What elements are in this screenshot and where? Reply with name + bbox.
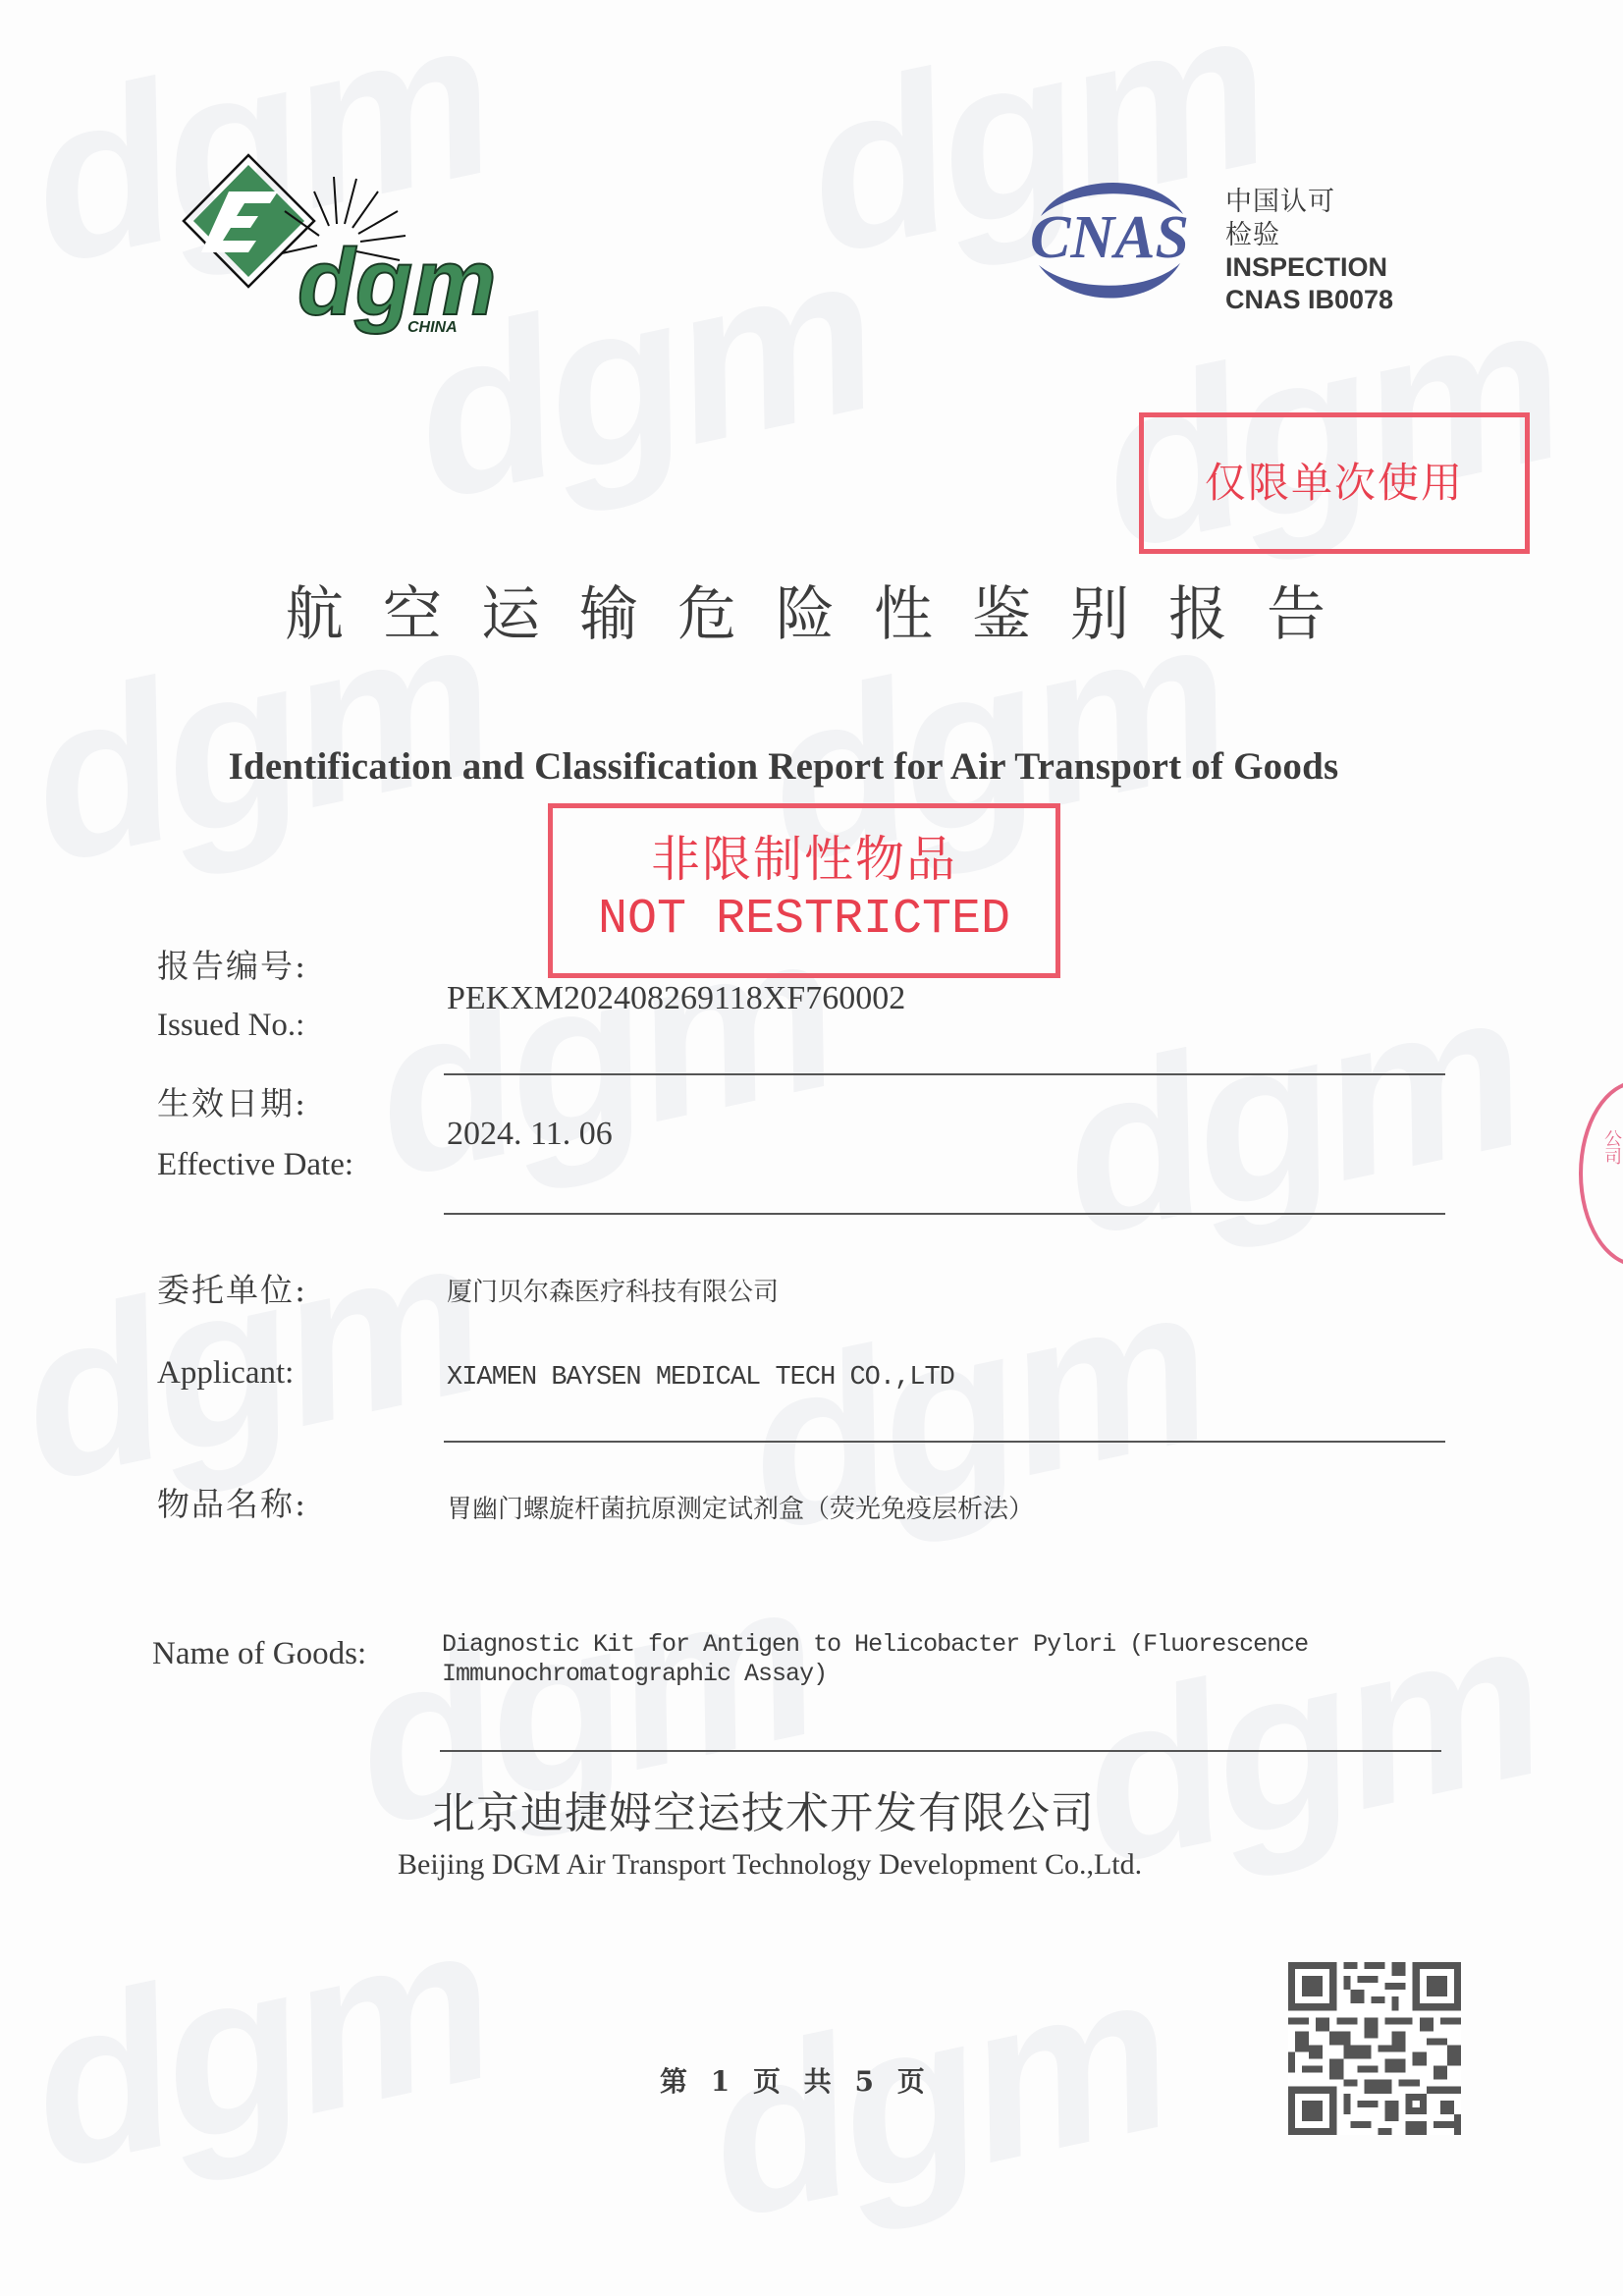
- title-char: 报: [1168, 568, 1227, 652]
- issuer-name-cn: 北京迪捷姆空运技术开发有限公司: [432, 1777, 1095, 1840]
- issued-no-label-en: Issued No.:: [157, 1008, 304, 1044]
- goods-value-cn: 胃幽门螺旋杆菌抗原测定试剂盒（荧光免疫层析法）: [447, 1489, 1034, 1525]
- title-char: 险: [776, 568, 835, 652]
- goods-label-en: Name of Goods:: [152, 1636, 366, 1672]
- applicant-label-cn: 委托单位:: [157, 1265, 307, 1311]
- cnas-line-1: 中国认可: [1225, 185, 1393, 218]
- effective-date-label-cn: 生效日期:: [157, 1078, 307, 1124]
- goods-value-en-line1: Diagnostic Kit for Antigen to Helicobact…: [442, 1630, 1308, 1659]
- cnas-line-3: INSPECTION: [1225, 251, 1393, 284]
- divider: [444, 1073, 1445, 1075]
- not-restricted-en: NOT RESTRICTED: [553, 891, 1055, 950]
- watermark: dgm: [1039, 937, 1542, 1286]
- divider: [440, 1750, 1441, 1752]
- issuer-name-en: Beijing DGM Air Transport Technology Dev…: [398, 1848, 1142, 1882]
- divider: [444, 1213, 1445, 1215]
- title-char: 告: [1267, 568, 1325, 652]
- cnas-line-4: CNAS IB0078: [1225, 284, 1393, 316]
- cnas-line-2: 检验: [1225, 218, 1393, 251]
- report-page: dgm dgm dgm dgm dgm dgm dgm dgm dgm dgm …: [0, 0, 1623, 2296]
- divider: [444, 1441, 1445, 1443]
- svg-text:CNAS: CNAS: [1030, 204, 1189, 271]
- title-char: 空: [383, 568, 442, 652]
- title-char: 性: [874, 568, 933, 652]
- effective-date-label-en: Effective Date:: [157, 1147, 353, 1183]
- cnas-logo: CNAS: [1011, 167, 1208, 314]
- applicant-value-cn: 厦门贝尔森医疗科技有限公司: [447, 1272, 779, 1308]
- qr-code[interactable]: [1288, 1962, 1461, 2135]
- watermark: dgm: [725, 1231, 1227, 1581]
- company-seal: [1579, 1080, 1623, 1267]
- title-char: 航: [285, 568, 344, 652]
- page-number: 第 1 页 共 5 页: [660, 2060, 929, 2100]
- title-char: 输: [579, 568, 638, 652]
- report-title-cn: 航 空 运 输 危 险 性 鉴 别 报 告: [285, 568, 1325, 652]
- company-seal-text: 公司: [1598, 1129, 1623, 1165]
- report-title-en: Identification and Classification Report…: [165, 744, 1402, 789]
- issued-no-value: PEKXM202408269118XF760002: [447, 980, 905, 1017]
- applicant-label-en: Applicant:: [157, 1355, 294, 1392]
- cnas-accreditation-text: 中国认可 检验 INSPECTION CNAS IB0078: [1225, 185, 1393, 316]
- title-char: 危: [677, 568, 736, 652]
- single-use-stamp: 仅限单次使用: [1139, 412, 1530, 554]
- title-char: 运: [481, 568, 540, 652]
- title-char: 别: [1070, 568, 1129, 652]
- effective-date-value: 2024. 11. 06: [447, 1116, 613, 1153]
- dgm-logo-subtitle: CHINA: [407, 319, 458, 336]
- not-restricted-cn: 非限制性物品: [553, 830, 1055, 889]
- title-char: 鉴: [972, 568, 1031, 652]
- goods-value-en-line2: Immunochromatographic Assay): [442, 1660, 827, 1688]
- watermark: dgm: [8, 1870, 511, 2219]
- dgm-logo-text: dgm: [298, 230, 497, 335]
- goods-label-cn: 物品名称:: [157, 1479, 307, 1525]
- not-restricted-stamp: 非限制性物品 NOT RESTRICTED: [548, 803, 1060, 978]
- applicant-value-en: XIAMEN BAYSEN MEDICAL TECH CO.,LTD: [447, 1363, 954, 1393]
- dgm-logo: dgm CHINA: [172, 147, 545, 344]
- issued-no-label-cn: 报告编号:: [157, 941, 307, 987]
